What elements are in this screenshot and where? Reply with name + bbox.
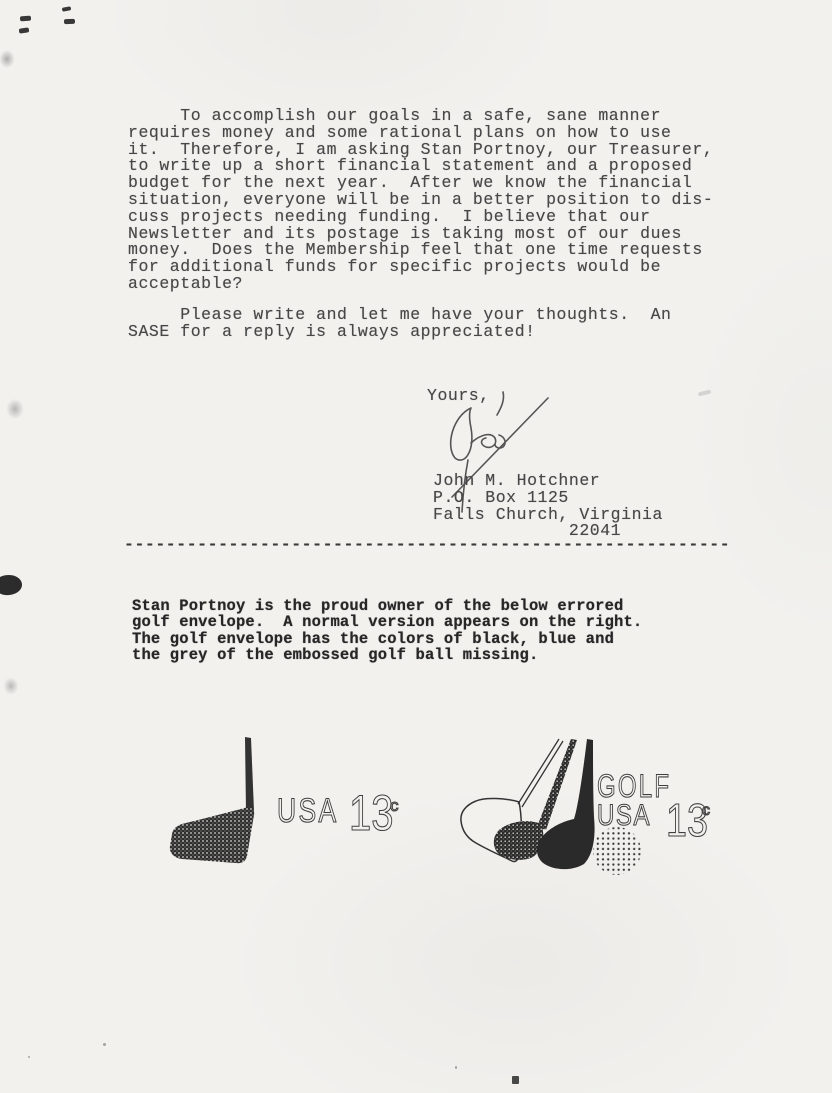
stamp-value-label: 13	[349, 785, 393, 841]
golf-club-icon	[170, 737, 254, 863]
stamp-errored-golf: USA 13 c	[150, 716, 420, 876]
scan-artifact-mark	[62, 6, 72, 12]
scan-artifact-speck	[455, 1066, 457, 1069]
scan-artifact-smudge	[0, 673, 22, 699]
stamp-usa-label: USA	[597, 797, 651, 831]
scan-artifact-mark	[512, 1076, 519, 1084]
stamp-usa-label: USA	[277, 792, 339, 830]
scanned-letter-page: To accomplish our goals in a safe, sane …	[0, 0, 832, 1093]
sender-address-block: John M. Hotchner P.O. Box 1125 Falls Chu…	[433, 473, 663, 540]
scan-artifact-dark-blob	[0, 573, 23, 596]
scan-artifact-mark	[19, 27, 30, 33]
note-paragraph: Stan Portnoy is the proud owner of the b…	[132, 598, 642, 664]
scan-artifact-mark	[64, 19, 75, 25]
golf-ball-icon	[593, 827, 641, 875]
scan-artifact-mark	[698, 389, 712, 396]
scan-artifact-smudge	[0, 46, 18, 72]
stamp-normal-golf: GOLF USA 13 c	[440, 712, 740, 897]
golf-clubs-icon	[461, 739, 595, 869]
scan-artifact-mark	[20, 16, 31, 22]
letter-body-paragraph-1: To accomplish our goals in a safe, sane …	[128, 108, 713, 293]
dashed-divider: ----------------------------------------…	[124, 537, 730, 554]
scan-artifact-speck	[103, 1043, 106, 1046]
scan-artifact-smudge	[2, 394, 28, 424]
stamp-cent-label: c	[702, 802, 710, 819]
scan-artifact-speck	[28, 1056, 30, 1058]
stamp-cent-label: c	[390, 796, 399, 815]
letter-body-paragraph-2: Please write and let me have your though…	[128, 307, 671, 341]
